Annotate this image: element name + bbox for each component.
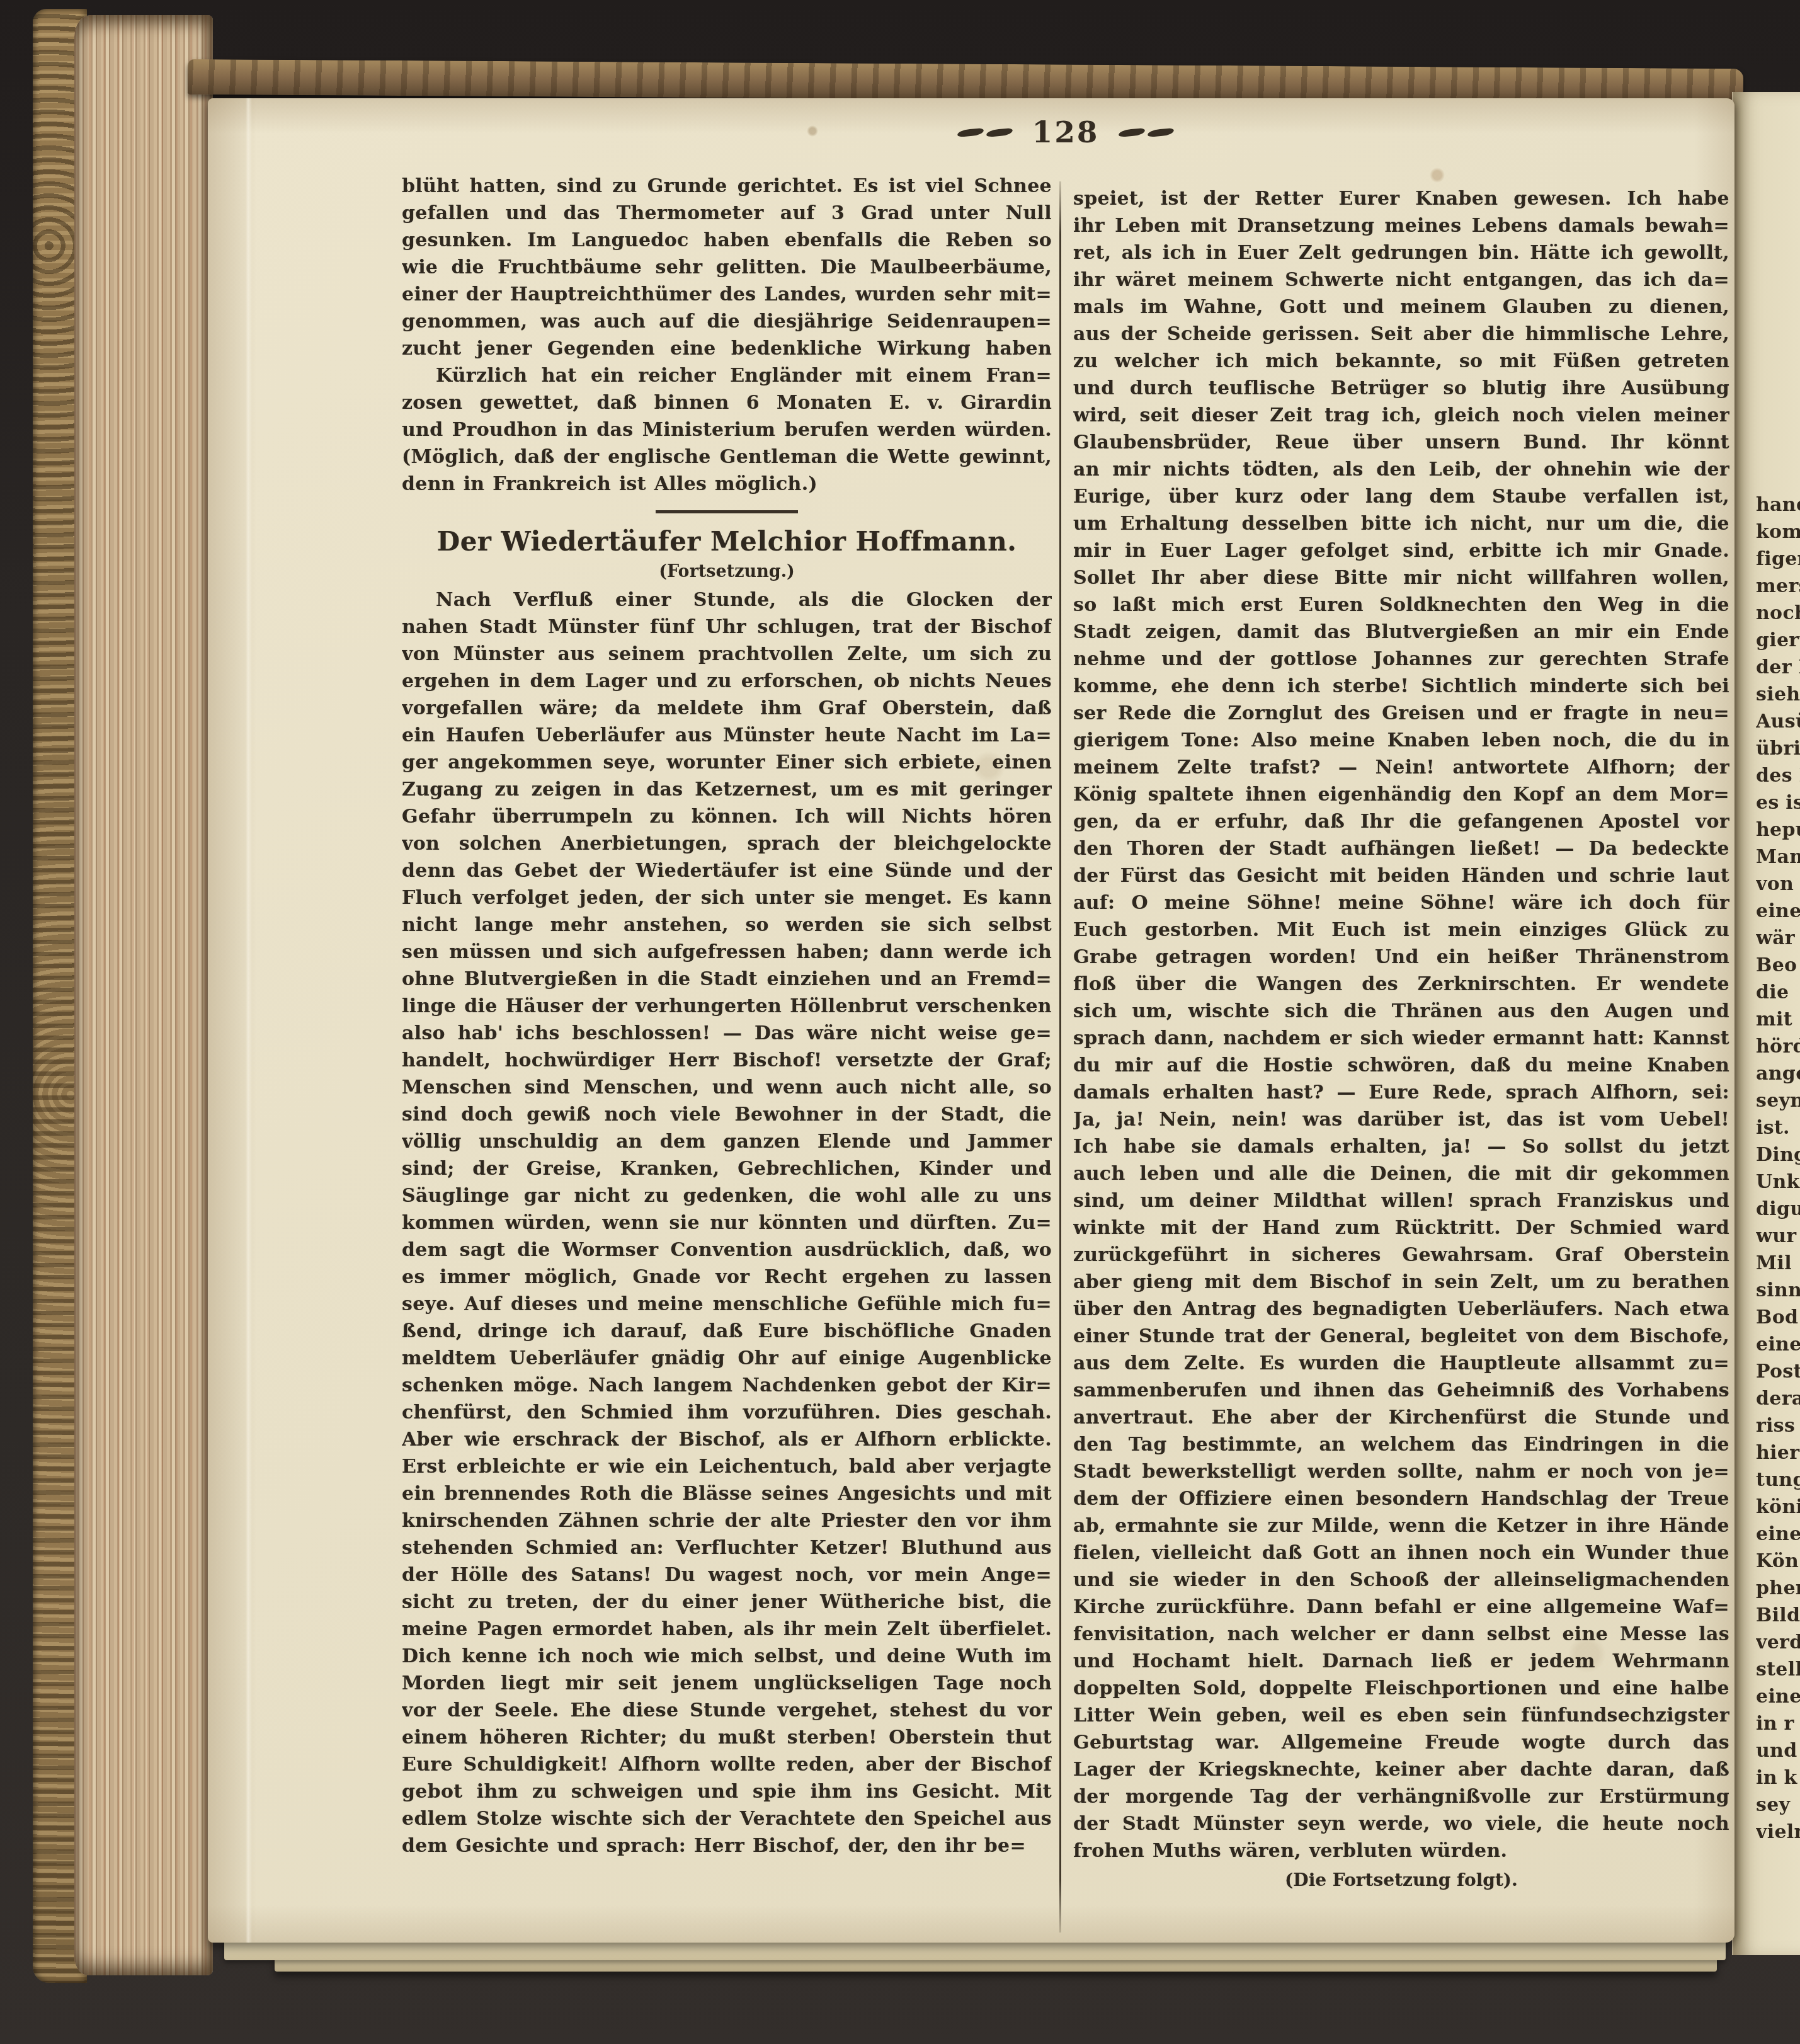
text-line: ser Rede die Zornglut des Greisen und er… <box>1073 700 1729 727</box>
fragment-line: mers <box>1756 573 1800 600</box>
text-line: Kirche zurückführe. Dann befahl er eine … <box>1073 1594 1729 1621</box>
text-line: sen müssen und sich aufgefressen haben; … <box>402 939 1052 966</box>
column-divider-rule <box>1059 181 1061 1933</box>
fragment-line: noch <box>1756 600 1800 627</box>
text-line: gierigem Tone: Also meine Knaben leben n… <box>1073 727 1729 754</box>
squiggle-dash-icon <box>986 128 1013 137</box>
text-line: einer der Hauptreichthümer des Landes, w… <box>402 281 1052 308</box>
text-line: Stadt bewerkstelligt werden sollte, nahm… <box>1073 1458 1729 1485</box>
text-line: zosen gewettet, daß binnen 6 Monaten E. … <box>402 389 1052 416</box>
text-line: einem höheren Richter; du mußt sterben! … <box>402 1724 1052 1751</box>
text-line: aus dem Zelte. Es wurden die Hauptleute … <box>1073 1350 1729 1377</box>
text-line: sind doch gewiß noch viele Bewohner in d… <box>402 1101 1052 1128</box>
fragment-line: von <box>1756 871 1800 898</box>
text-line: gesunken. Im Languedoc haben ebenfalls d… <box>402 227 1052 254</box>
text-line: auf: O meine Söhne! meine Söhne! wäre ic… <box>1073 889 1729 916</box>
text-line: ohne Blutvergießen in die Stadt einziehe… <box>402 966 1052 993</box>
text-line: dem sagt die Wormser Convention ausdrück… <box>402 1236 1052 1264</box>
fragment-line: wur <box>1756 1223 1800 1250</box>
fragment-line: hörd <box>1756 1033 1800 1060</box>
text-line: und sie wieder in den Schooß der alleins… <box>1073 1567 1729 1594</box>
text-line: nehme und der gottlose Johannes zur gere… <box>1073 646 1729 673</box>
text-line: einer Stunde trat der General, begleitet… <box>1073 1323 1729 1350</box>
fragment-line: eines <box>1756 898 1800 925</box>
fragment-line: Post <box>1756 1358 1800 1385</box>
fragment-line: vielm <box>1756 1818 1800 1846</box>
fragment-line: stellt <box>1756 1656 1800 1683</box>
fragment-line: einer <box>1756 1331 1800 1358</box>
text-line: aus der Scheide gerissen. Seit aber die … <box>1073 321 1729 348</box>
text-line: speiet, ist der Retter Eurer Knaben gewe… <box>1073 185 1729 212</box>
text-line: auch leben und alle die Deinen, die mit … <box>1073 1160 1729 1187</box>
text-line: sicht zu treten, der du einer jener Wüth… <box>402 1589 1052 1616</box>
text-line: der Fürst das Gesicht mit beiden Händen … <box>1073 862 1729 889</box>
fragment-line: Unk <box>1756 1168 1800 1196</box>
text-line: ein Haufen Ueberläufer aus Münster heute… <box>402 722 1052 749</box>
book-photograph: handkommfigermersnochgieruder KsiehtAusü… <box>0 0 1800 2044</box>
text-line: zurückgeführt in sicheres Gewahrsam. Gra… <box>1073 1242 1729 1269</box>
text-line: um Erhaltung desselben bitte ich nicht, … <box>1073 510 1729 537</box>
text-line: König spaltete ihnen eigenhändig den Kop… <box>1073 781 1729 808</box>
fragment-line: Man <box>1756 843 1800 871</box>
text-line: dem der Offiziere einen besondern Handsc… <box>1073 1485 1729 1512</box>
next-page-text-fragments: handkommfigermersnochgieruder KsiehtAusü… <box>1756 491 1800 1846</box>
text-line: den Thoren der Stadt aufhängen ließet! —… <box>1073 835 1729 862</box>
fragment-line: tung <box>1756 1466 1800 1493</box>
ornament-right <box>1117 129 1175 136</box>
fragment-line: übri <box>1756 735 1800 762</box>
running-head: 128 <box>845 112 1286 152</box>
text-line: der Stadt Münster seyn werde, wo viele, … <box>1073 1810 1729 1837</box>
text-line: ret, als ich in Euer Zelt gedrungen bin.… <box>1073 239 1729 266</box>
text-line: Stadt zeigen, damit das Blutvergießen an… <box>1073 619 1729 646</box>
fragment-line: in k <box>1756 1764 1800 1791</box>
fragment-line: Kön <box>1756 1548 1800 1575</box>
text-line: ein brennendes Roth die Blässe seines An… <box>402 1480 1052 1507</box>
fragment-line: ist. <box>1756 1114 1800 1141</box>
text-line: kommen würden, wenn sie nur könnten und … <box>402 1209 1052 1236</box>
text-line: Morden liegt mir seit jenem unglückselig… <box>402 1670 1052 1697</box>
text-line: chenfürst, den Schmied ihm vorzuführen. … <box>402 1399 1052 1426</box>
text-line: komme, ehe denn ich sterbe! Sichtlich mi… <box>1073 673 1729 700</box>
text-line: Sollet Ihr aber diese Bitte mir nicht wi… <box>1073 564 1729 591</box>
text-line: ihr Leben mit Dransetzung meines Lebens … <box>1073 212 1729 239</box>
text-line: doppelten Sold, doppelte Fleischportione… <box>1073 1675 1729 1702</box>
left-text-column: blüht hatten, sind zu Grunde gerichtet. … <box>402 173 1052 1859</box>
text-line: seye. Auf dieses und meine menschliche G… <box>402 1291 1052 1318</box>
squiggle-dash-icon <box>1147 128 1174 137</box>
book-page-stack-fore-edge <box>74 15 213 1975</box>
article-subtitle: (Fortsetzung.) <box>402 560 1052 586</box>
fragment-line: Mil <box>1756 1250 1800 1277</box>
fragment-line: in r <box>1756 1710 1800 1737</box>
text-line: sammenberufen und ihnen das Geheimniß de… <box>1073 1377 1729 1404</box>
fragment-line: verd <box>1756 1629 1800 1656</box>
text-line: von solchen Anerbietungen, sprach der bl… <box>402 830 1052 857</box>
fragment-line: des L <box>1756 762 1800 789</box>
fragment-line: und <box>1756 1737 1800 1764</box>
text-line: (Möglich, daß der englische Gentleman di… <box>402 443 1052 471</box>
text-line: Aber wie erschrack der Bischof, als er A… <box>402 1426 1052 1453</box>
text-line: frohen Muths wären, verbluten würden. <box>1073 1837 1729 1864</box>
article-title: Der Wiedertäufer Melchior Hoffmann. <box>402 523 1052 560</box>
text-line: und Proudhon in das Ministerium berufen … <box>402 416 1052 443</box>
text-line: über den Antrag des begnadigten Ueberläu… <box>1073 1296 1729 1323</box>
text-line: zu welcher ich mich bekannte, so mit Füß… <box>1073 348 1729 375</box>
fragment-line: Ding <box>1756 1141 1800 1168</box>
right-text-column: speiet, ist der Retter Eurer Knaben gewe… <box>1073 185 1729 1893</box>
continuation-note: (Die Fortsetzung folgt). <box>1073 1864 1729 1893</box>
text-line: an mir nichts tödten, als den Leib, der … <box>1073 456 1729 483</box>
fragment-line: Bod <box>1756 1304 1800 1331</box>
fragment-line: wär <box>1756 925 1800 952</box>
fragment-line: der K <box>1756 654 1800 681</box>
text-line: Ja, ja! Nein, nein! was darüber ist, das… <box>1073 1106 1729 1133</box>
text-line: denn in Frankreich ist Alles möglich.) <box>402 471 1052 498</box>
fragment-line: mit <box>1756 1006 1800 1033</box>
fragment-line: köni <box>1756 1493 1800 1521</box>
text-line: Fluch verfolget jeden, der sich unter si… <box>402 884 1052 911</box>
text-line: und Hochamt hielt. Darnach ließ er jedem… <box>1073 1648 1729 1675</box>
text-line: wird, seit dieser Zeit trag ich, gleich … <box>1073 402 1729 429</box>
fragment-line: phen <box>1756 1575 1800 1602</box>
text-line: anvertraut. Ehe aber der Kirchenfürst di… <box>1073 1404 1729 1431</box>
text-line: Eurige, über kurz oder lang dem Staube v… <box>1073 483 1729 510</box>
fragment-line: riss <box>1756 1412 1800 1439</box>
text-line: winkte mit der Hand zum Rücktritt. Der S… <box>1073 1214 1729 1242</box>
fragment-line: dera <box>1756 1385 1800 1412</box>
fragment-line: komm <box>1756 518 1800 545</box>
text-line: vorgefallen wäre; da meldete ihm Graf Ob… <box>402 695 1052 722</box>
next-page-sliver: handkommfigermersnochgieruder KsiehtAusü… <box>1732 92 1800 1955</box>
text-line: Menschen sind Menschen, und wenn auch ni… <box>402 1074 1052 1101</box>
text-line: wie die Fruchtbäume sehr gelitten. Die M… <box>402 254 1052 281</box>
text-line: meldtem Ueberläufer gnädig Ohr auf einig… <box>402 1345 1052 1372</box>
fragment-line: es ist <box>1756 789 1800 816</box>
text-line: sind; der Greise, Kranken, Gebrechlichen… <box>402 1155 1052 1182</box>
text-line: damals erhalten hast? — Eure Rede, sprac… <box>1073 1079 1729 1106</box>
text-line: ergehen in dem Lager und zu erforschen, … <box>402 668 1052 695</box>
text-line: der morgende Tag der verhängnißvolle zur… <box>1073 1783 1729 1810</box>
fragment-line: figer <box>1756 545 1800 573</box>
text-line: aber gieng mit dem Bischof in sein Zelt,… <box>1073 1269 1729 1296</box>
text-line: edlem Stolze wischte sich der Verachtete… <box>402 1805 1052 1832</box>
text-line: sprach dann, nachdem er sich wieder erma… <box>1073 1025 1729 1052</box>
text-line: Säuglinge gar nicht zu gedenken, die woh… <box>402 1182 1052 1209</box>
text-line: stehenden Schmied an: Verfluchter Ketzer… <box>402 1534 1052 1562</box>
text-line: zucht jener Gegenden eine bedenkliche Wi… <box>402 335 1052 362</box>
text-line: handelt, hochwürdiger Herr Bischof! vers… <box>402 1047 1052 1074</box>
fragment-line: Bild <box>1756 1602 1800 1629</box>
text-line: den Tag bestimmte, an welchem das Eindri… <box>1073 1431 1729 1458</box>
text-line: gebot ihm zu schweigen und spie ihm ins … <box>402 1778 1052 1805</box>
text-line: Ich habe sie damals erhalten, ja! — So s… <box>1073 1133 1729 1160</box>
text-line: Lager der Kriegsknechte, keiner aber dac… <box>1073 1756 1729 1783</box>
text-line: Gefahr überrumpeln zu können. Ich will N… <box>402 803 1052 830</box>
text-line: gen, da er erfuhr, daß Ihr die gefangene… <box>1073 808 1729 835</box>
text-line: ab, ermahnte sie zur Milde, wenn die Ket… <box>1073 1512 1729 1539</box>
text-line: Nach Verfluß einer Stunde, als die Glock… <box>402 586 1052 614</box>
text-line: Kürzlich hat ein reicher Engländer mit e… <box>402 362 1052 389</box>
text-line: ßend, dringe ich darauf, daß Eure bischö… <box>402 1318 1052 1345</box>
text-line: Grabe getragen worden! Und ein heißer Th… <box>1073 944 1729 971</box>
text-line: Zugang zu zeigen in das Ketzernest, um e… <box>402 776 1052 803</box>
fragment-line: die <box>1756 979 1800 1006</box>
book-page: 128 blüht hatten, sind zu Grunde gericht… <box>208 98 1734 1943</box>
text-line: der Hölle des Satans! Du wagest noch, vo… <box>402 1562 1052 1589</box>
fragment-line: digu <box>1756 1196 1800 1223</box>
text-line: mir in Euer Lager gefolget sind, erbitte… <box>1073 537 1729 564</box>
text-line: Glaubensbrüder, Reue über unsern Bund. I… <box>1073 429 1729 456</box>
fragment-line: gieru <box>1756 627 1800 654</box>
fragment-line: sey <box>1756 1791 1800 1818</box>
text-line: meine Pagen ermordet haben, als ihr mein… <box>402 1616 1052 1643</box>
text-line: Euch gestorben. Mit Euch ist mein einzig… <box>1073 916 1729 944</box>
text-line: sich um, wischte sich die Thränen aus de… <box>1073 998 1729 1025</box>
text-line: Erst erbleichte er wie ein Leichentuch, … <box>402 1453 1052 1480</box>
fragment-line: sinn <box>1756 1277 1800 1304</box>
text-line: fielen, vielleicht daß Gott an ihnen noc… <box>1073 1539 1729 1567</box>
fragment-line: hepu <box>1756 816 1800 843</box>
text-line: blüht hatten, sind zu Grunde gerichtet. … <box>402 173 1052 200</box>
fragment-line: hier <box>1756 1439 1800 1466</box>
squiggle-dash-icon <box>1118 128 1145 137</box>
text-line: und durch teuflische Betrüger so blutig … <box>1073 375 1729 402</box>
fragment-line: Beo <box>1756 952 1800 979</box>
text-line: so laßt mich erst Euren Soldknechten den… <box>1073 591 1729 619</box>
text-line: sind, um deiner Mildthat willen! sprach … <box>1073 1187 1729 1214</box>
text-line: also hab' ichs beschlossen! — Das wäre n… <box>402 1020 1052 1047</box>
text-line: Dich kenne ich noch wie mich selbst, und… <box>402 1643 1052 1670</box>
text-line: gefallen und das Thermometer auf 3 Grad … <box>402 200 1052 227</box>
text-line: Litter Wein geben, weil es eben sein fün… <box>1073 1702 1729 1729</box>
text-line: mals im Wahne, Gott und meinem Glauben z… <box>1073 294 1729 321</box>
fragment-line: seyn <box>1756 1087 1800 1114</box>
text-line: knirschenden Zähnen schrie der alte Prie… <box>402 1507 1052 1534</box>
text-line: vor der Seele. Ehe diese Stunde vergehet… <box>402 1697 1052 1724</box>
squiggle-dash-icon <box>957 128 984 137</box>
section-divider-rule <box>656 510 798 513</box>
text-line: genommen, was auch auf die diesjährige S… <box>402 308 1052 335</box>
ornament-left <box>956 129 1014 136</box>
fragment-line: sieht <box>1756 681 1800 708</box>
text-line: nahen Stadt Münster fünf Uhr schlugen, t… <box>402 614 1052 641</box>
text-line: schenken möge. Nach langem Nachdenken ge… <box>402 1372 1052 1399</box>
fragment-line: hand <box>1756 491 1800 518</box>
text-line: völlig unschuldig an dem ganzen Elende u… <box>402 1128 1052 1155</box>
fragment-line: eine <box>1756 1521 1800 1548</box>
text-line: von Münster aus seinem prachtvollen Zelt… <box>402 641 1052 668</box>
text-line: floß über die Wangen des Zerknirschten. … <box>1073 971 1729 998</box>
text-line: linge die Häuser der verhungerten Höllen… <box>402 993 1052 1020</box>
text-line: fenvisitation, nach welcher er dann selb… <box>1073 1621 1729 1648</box>
text-line: du mir auf die Hostie schwören, daß du m… <box>1073 1052 1729 1079</box>
text-line: ihr wäret meinem Schwerte nicht entgange… <box>1073 266 1729 294</box>
text-line: meinem Zelte trafst? — Nein! antwortete … <box>1073 754 1729 781</box>
text-line: denn das Gebet der Wiedertäufer ist eine… <box>402 857 1052 884</box>
fragment-line: einer <box>1756 1683 1800 1710</box>
text-line: Eure Schuldigkeit! Alfhorn wollte reden,… <box>402 1751 1052 1778</box>
page-number: 128 <box>1032 115 1099 150</box>
fragment-line: Ausü <box>1756 708 1800 735</box>
text-line: ger angekommen seye, worunter Einer sich… <box>402 749 1052 776</box>
text-line: dem Gesichte und sprach: Herr Bischof, d… <box>402 1832 1052 1859</box>
fragment-line: ange <box>1756 1060 1800 1087</box>
text-line: es immer möglich, Gnade vor Recht ergehe… <box>402 1264 1052 1291</box>
text-line: nicht lange mehr anstehen, so werden sie… <box>402 911 1052 939</box>
text-line: Geburtstag war. Allgemeine Freude wogte … <box>1073 1729 1729 1756</box>
